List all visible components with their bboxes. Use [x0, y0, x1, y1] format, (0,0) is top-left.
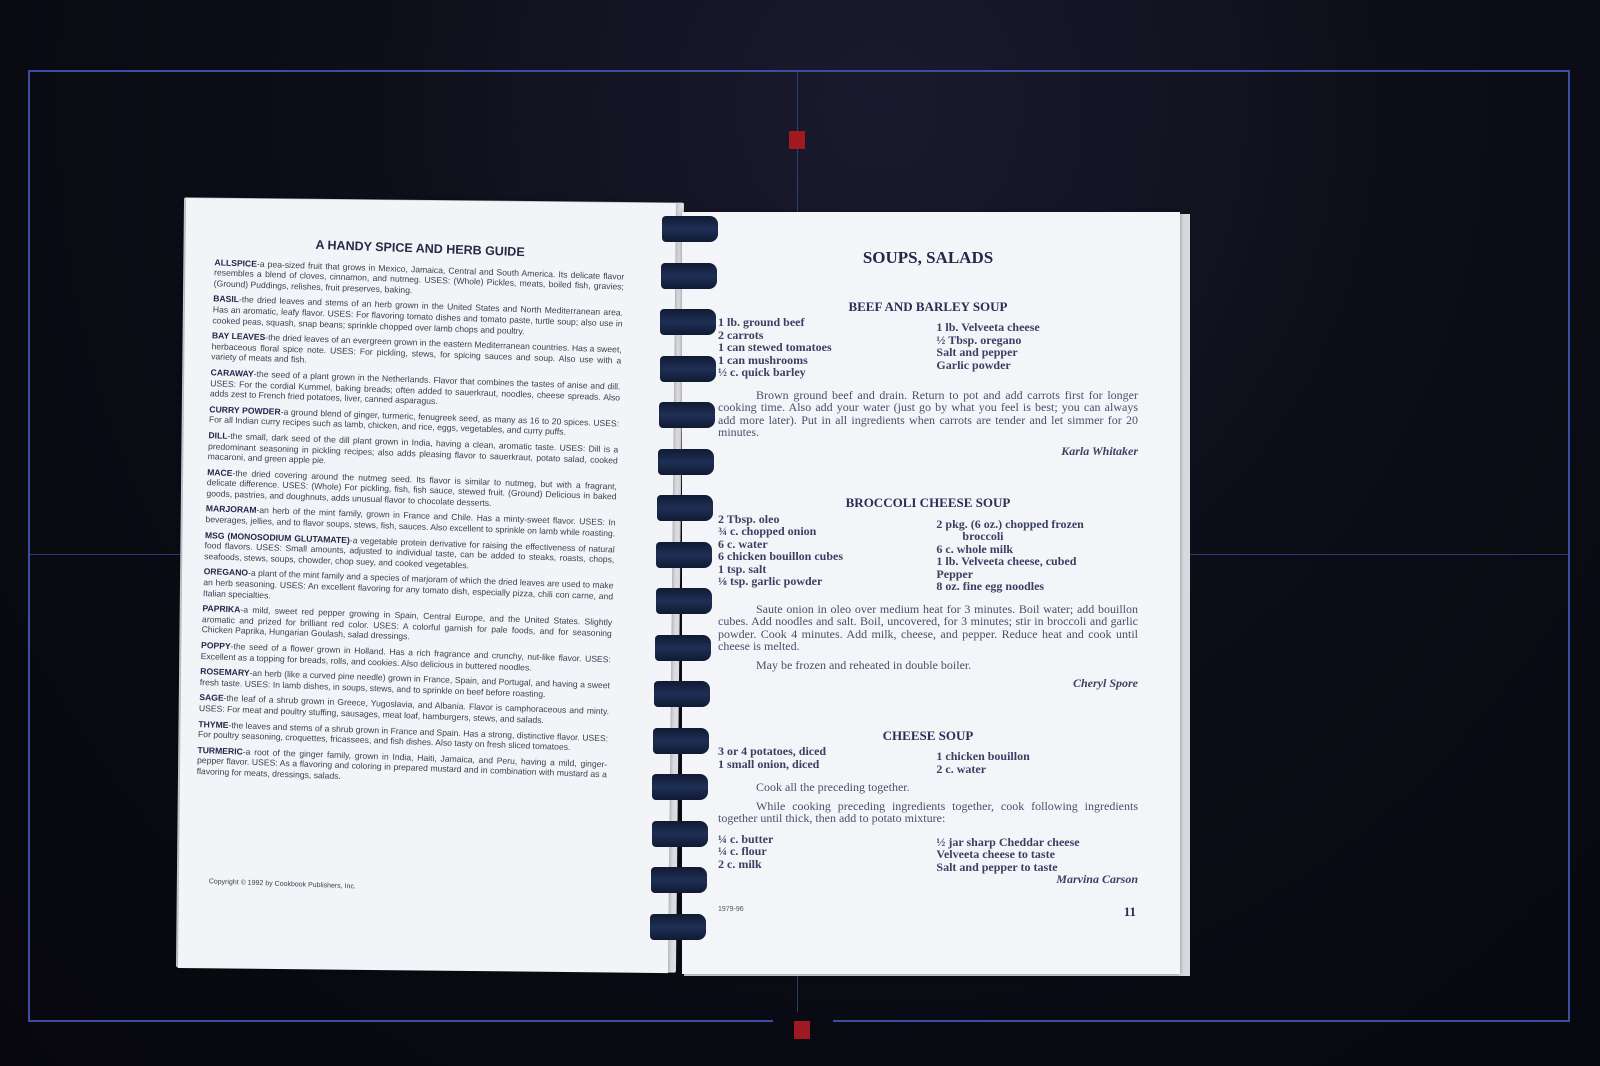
guide-title: A HANDY SPICE AND HERB GUIDE [215, 236, 625, 261]
ingredient-list: 3 or 4 potatoes, diced1 small onion, dic… [718, 745, 1138, 775]
entry-term: BASIL [213, 294, 239, 305]
ingredients-left: 2 Tbsp. oleo¾ c. chopped onion6 c. water… [718, 513, 920, 593]
ingredients-left: 1 lb. ground beef2 carrots1 can stewed t… [718, 316, 920, 379]
copyright-notice: Copyright © 1992 by Cookbook Publishers,… [209, 878, 356, 890]
registration-mark-bottom [794, 1021, 810, 1039]
left-page: A HANDY SPICE AND HERB GUIDE ALLSPICE-a … [178, 198, 676, 973]
recipe-cheese-soup: CHEESE SOUP 3 or 4 potatoes, diced1 smal… [718, 730, 1138, 886]
ingredient: 2 c. water [936, 763, 1138, 776]
ingredient-list-2: ¼ c. butter¼ c. flour2 c. milk ½ jar sha… [718, 833, 1138, 874]
ingredient: ⅛ tsp. garlic powder [718, 575, 920, 588]
recipe-beef-barley: BEEF AND BARLEY SOUP 1 lb. ground beef2 … [718, 301, 1138, 458]
recipe-title: CHEESE SOUP [718, 730, 1138, 743]
ingredient: 6 chicken bouillon cubes [718, 550, 920, 563]
ingredient: 1 lb. Velveeta cheese [936, 321, 1138, 334]
frame-line-top [28, 70, 1570, 72]
ingredient: 8 oz. fine egg noodles [936, 580, 1138, 593]
ingredient: broccoli [936, 530, 1138, 543]
ingredient: Salt and pepper [936, 346, 1138, 359]
coil-ring [652, 774, 708, 800]
recipe-broccoli-cheese: BROCCOLI CHEESE SOUP 2 Tbsp. oleo¾ c. ch… [718, 497, 1138, 690]
footer-code: 1979-96 [718, 906, 744, 913]
instructions: Brown ground beef and drain. Return to p… [718, 389, 1138, 439]
guide-entries: ALLSPICE-a pea-sized fruit that grows in… [197, 257, 625, 791]
page-number: 11 [1124, 904, 1136, 920]
recipe-title: BEEF AND BARLEY SOUP [718, 301, 1138, 314]
section-title: SOUPS, SALADS [718, 252, 1138, 265]
recipes: SOUPS, SALADS BEEF AND BARLEY SOUP 1 lb.… [718, 242, 1138, 886]
coil-ring [657, 495, 713, 521]
ingredients-right: 1 lb. Velveeta cheese½ Tbsp. oreganoSalt… [936, 321, 1138, 379]
ingredients-right: ½ jar sharp Cheddar cheeseVelveeta chees… [936, 836, 1138, 874]
frame-line-right [1568, 70, 1570, 1022]
coil-ring [660, 309, 716, 335]
ingredient: Velveeta cheese to taste [936, 848, 1138, 861]
step-1: Cook all the preceding together. [718, 781, 1138, 794]
ingredient: 1 lb. Velveeta cheese, cubed [936, 555, 1138, 568]
ingredient-list: 1 lb. ground beef2 carrots1 can stewed t… [718, 316, 1138, 379]
entry-term: PAPRIKA [202, 603, 240, 614]
spiral-binding [662, 212, 712, 972]
entry-term: DILL [208, 430, 227, 441]
entry-term: POPPY [201, 640, 231, 651]
coil-ring [653, 728, 709, 754]
entry-term: OREGANO [204, 567, 249, 579]
entry-term: SAGE [199, 692, 224, 703]
ingredient: 3 or 4 potatoes, diced [718, 745, 920, 758]
ingredients-right: 2 pkg. (6 oz.) chopped frozenbroccoli6 c… [936, 518, 1138, 593]
coil-ring [658, 449, 714, 475]
recipe-author: Marvina Carson [718, 873, 1138, 886]
recipe-note: May be frozen and reheated in double boi… [718, 659, 1138, 672]
entry-term: ALLSPICE [214, 257, 257, 268]
ingredient: 1 small onion, diced [718, 758, 920, 771]
ingredient-list: 2 Tbsp. oleo¾ c. chopped onion6 c. water… [718, 513, 1138, 593]
right-page: SOUPS, SALADS BEEF AND BARLEY SOUP 1 lb.… [682, 212, 1180, 974]
spice-guide: A HANDY SPICE AND HERB GUIDE ALLSPICE-a … [196, 228, 625, 796]
coil-ring [652, 821, 708, 847]
frame-line-bottom-left [28, 1020, 773, 1022]
recipe-title: BROCCOLI CHEESE SOUP [718, 497, 1138, 510]
ingredient: ½ c. quick barley [718, 366, 920, 379]
recipe-author: Karla Whitaker [718, 445, 1138, 458]
coil-ring [659, 402, 715, 428]
ingredient: 2 c. milk [718, 858, 920, 871]
coil-ring [661, 263, 717, 289]
coil-ring [651, 867, 707, 893]
entry-term: CARAWAY [210, 367, 253, 378]
frame-line-bottom-right [833, 1020, 1570, 1022]
instructions: Saute onion in oleo over medium heat for… [718, 603, 1138, 653]
coil-ring [654, 681, 710, 707]
ingredient: ¾ c. chopped onion [718, 525, 920, 538]
coil-ring [656, 588, 712, 614]
ingredients-left: ¼ c. butter¼ c. flour2 c. milk [718, 833, 920, 874]
coil-ring [656, 542, 712, 568]
ingredient: 1 can stewed tomatoes [718, 341, 920, 354]
step-2: While cooking preceding ingredients toge… [718, 800, 1138, 825]
ingredient: ¼ c. flour [718, 845, 920, 858]
coil-ring [655, 635, 711, 661]
entry-term: THYME [198, 719, 228, 730]
entry-text: -a pea-sized fruit that grows in Mexico,… [214, 258, 625, 295]
coil-ring [662, 216, 718, 242]
ingredient: 1 chicken bouillon [936, 750, 1138, 763]
ingredients-left: 3 or 4 potatoes, diced1 small onion, dic… [718, 745, 920, 775]
ingredient: 1 lb. ground beef [718, 316, 920, 329]
ingredients-right: 1 chicken bouillon2 c. water [936, 750, 1138, 775]
entry-term: MACE [207, 467, 233, 478]
recipe-author: Cheryl Spore [718, 677, 1138, 690]
ingredient: Garlic powder [936, 359, 1138, 372]
frame-line-left [28, 70, 30, 1022]
coil-ring [650, 914, 706, 940]
coil-ring [660, 356, 716, 382]
registration-mark-top [789, 131, 805, 149]
